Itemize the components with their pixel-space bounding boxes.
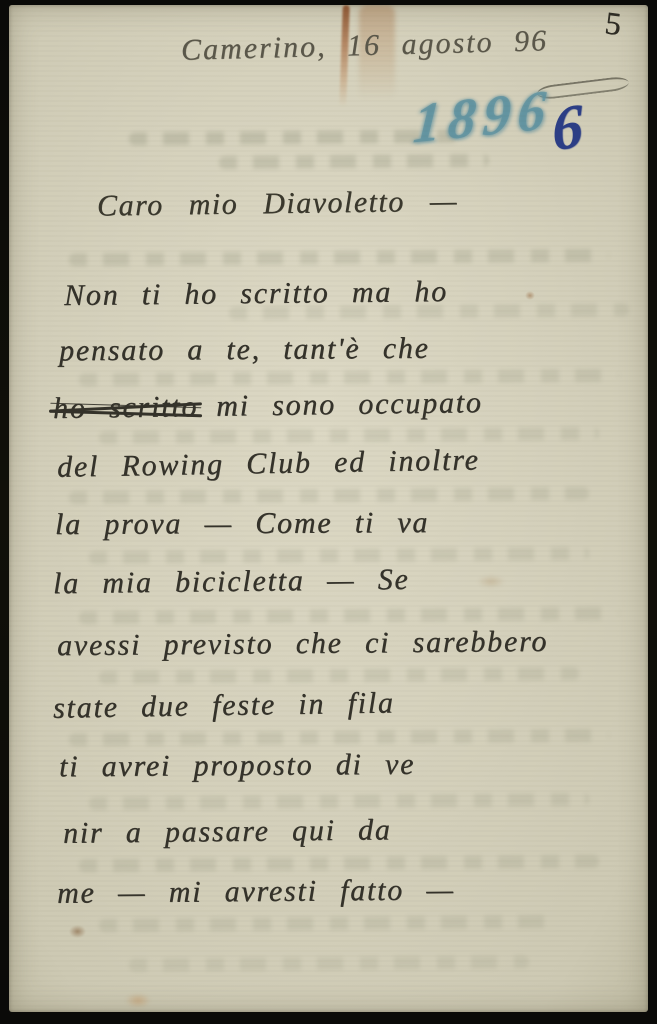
ghost-bleed-line xyxy=(69,729,609,747)
ink-spot xyxy=(477,575,505,588)
photographed-letter: 5 Camerino, 16 agosto 96 1896 6 Caro mio… xyxy=(0,0,657,1024)
crossed-out-text: ho scritto xyxy=(53,390,199,426)
ghost-bleed-line xyxy=(129,130,459,146)
letter-line: state due feste in fila xyxy=(53,686,395,725)
salutation: Caro mio Diavoletto — xyxy=(97,184,458,223)
ghost-bleed-line xyxy=(79,855,599,873)
letter-line: pensato a te, tant'è che xyxy=(59,332,430,369)
ghost-bleed-line xyxy=(69,487,589,505)
ghost-bleed-line xyxy=(129,955,529,971)
year-correction-blue-ink: 6 xyxy=(550,90,584,166)
letter-line: la mia bicicletta — Se xyxy=(53,563,410,601)
ghost-bleed-line xyxy=(219,154,489,169)
year-annotation-blue-pencil: 1896 xyxy=(411,77,555,156)
letter-line: me — mi avresti fatto — xyxy=(57,873,455,910)
letter-paper: 5 Camerino, 16 agosto 96 1896 6 Caro mio… xyxy=(9,5,648,1012)
ghost-bleed-line xyxy=(89,793,589,810)
ghost-bleed-line xyxy=(79,607,619,625)
ghost-bleed-line xyxy=(89,547,589,564)
letter-line: nir a passare qui da xyxy=(63,813,392,850)
letter-line: del Rowing Club ed inoltre xyxy=(57,443,480,484)
letter-line: ho scrittomi sono occupato xyxy=(53,386,483,426)
page-number: 5 xyxy=(603,5,623,43)
letter-line: avessi previsto che ci sarebbero xyxy=(57,625,548,663)
letter-line-text: mi sono occupato xyxy=(216,386,483,423)
ghost-bleed-line xyxy=(99,667,579,684)
letter-line: Non ti ho scritto ma ho xyxy=(64,275,448,313)
ink-spot xyxy=(125,993,151,1008)
ink-spot xyxy=(69,925,86,938)
ghost-bleed-line xyxy=(79,369,619,387)
ghost-bleed-line xyxy=(99,915,559,932)
ghost-bleed-line xyxy=(69,249,609,267)
ghost-bleed-line xyxy=(99,427,599,444)
dateline: Camerino, 16 agosto 96 xyxy=(181,24,549,68)
letter-line: la prova — Come ti va xyxy=(55,506,429,542)
ink-spot xyxy=(525,291,535,300)
letter-line: ti avrei proposto di ve xyxy=(59,748,415,784)
